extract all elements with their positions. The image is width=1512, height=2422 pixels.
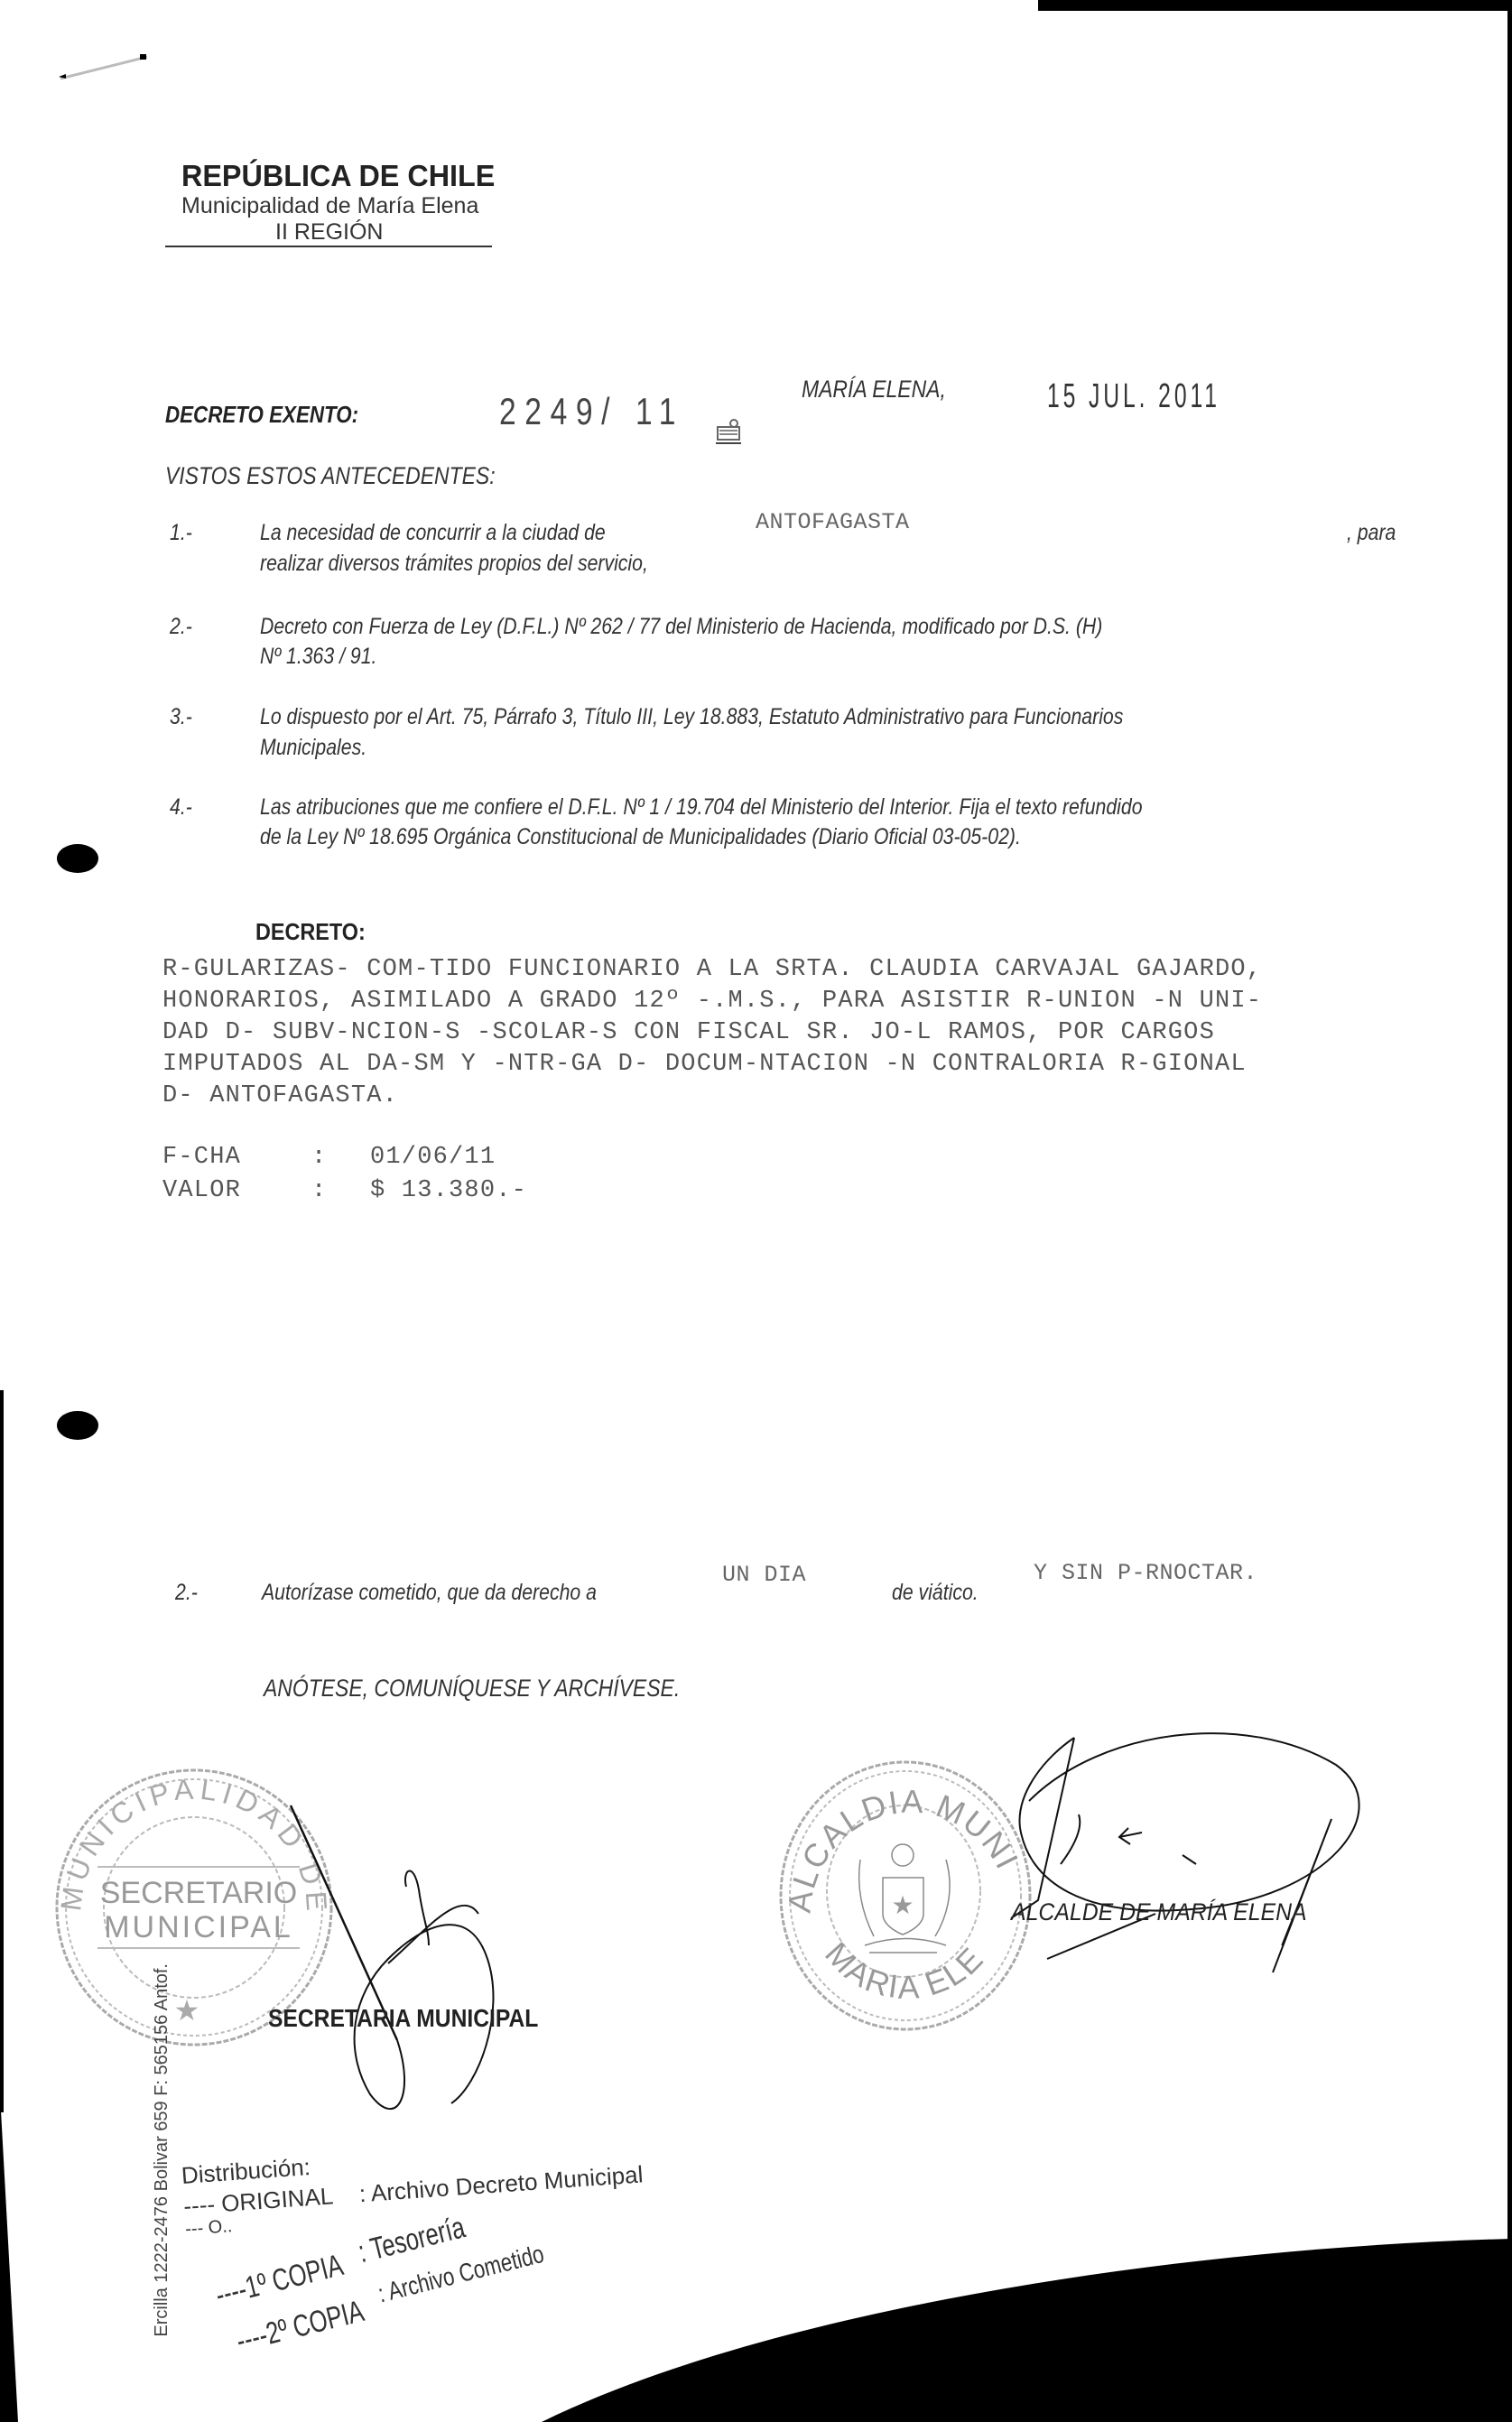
vistos-item-2-line2: Nº 1.363 / 91. — [260, 644, 376, 670]
authorization-number: 2.- — [175, 1580, 198, 1606]
vistos-item-1-line2: realizar diversos trámites propios del s… — [260, 551, 648, 577]
authorization-amount: UN DIA — [722, 1562, 806, 1588]
vistos-item-2-text: Decreto con Fuerza de Ley (D.F.L.) Nº 26… — [260, 614, 1102, 640]
authorization-text: Autorízase cometido, que da derecho a — [262, 1580, 597, 1606]
vistos-item-1-number: 1.- — [170, 520, 192, 546]
decreto-body-line: D- ANTOFAGASTA. — [162, 1081, 1262, 1112]
field-valor-label: VALOR — [162, 1175, 241, 1207]
decreto-body-line: IMPUTADOS AL DA-SM Y -NTR-GA D- DOCUM-NT… — [162, 1049, 1262, 1081]
decreto-body-line: R-GULARIZAS- COM-TIDO FUNCIONARIO A LA S… — [162, 954, 1262, 986]
vistos-item-4-number: 4.- — [170, 794, 192, 821]
star-icon: ★ — [174, 1994, 200, 2027]
header-region: II REGIÓN — [275, 219, 383, 246]
secretary-seal-line2: MUNICIPAL — [104, 1910, 293, 1944]
binder-hole-bottom — [57, 1411, 98, 1440]
vistos-title: VISTOS ESTOS ANTECEDENTES: — [165, 462, 496, 490]
vistos-item-1-suffix: , para — [1347, 520, 1396, 546]
svg-text:★: ★ — [891, 1891, 914, 1919]
decree-place: MARÍA ELENA, — [802, 376, 946, 404]
scan-border-left — [0, 1390, 4, 2112]
vistos-item-3-number: 3.- — [170, 704, 192, 730]
coat-of-arms-icon: ★ — [859, 1844, 950, 1953]
scan-border-bottom — [0, 2049, 1512, 2422]
secretary-seal-line1: SECRETARIO — [100, 1876, 298, 1910]
scan-border-top — [1038, 0, 1512, 11]
stamp-seal-icon — [716, 418, 743, 445]
field-fecha-label: F-CHA — [162, 1142, 241, 1174]
vistos-item-2-number: 2.- — [170, 614, 192, 640]
field-valor-value: $ 13.380.- — [370, 1175, 527, 1207]
authorization-note: Y SIN P-RNOCTAR. — [1034, 1560, 1257, 1586]
header-country: REPÚBLICA DE CHILE — [181, 159, 495, 193]
scanned-document-page: REPÚBLICA DE CHILE Municipalidad de Marí… — [0, 0, 1512, 2422]
mayor-signature-label: ALCALDE DE MARÍA ELENA — [1011, 1898, 1307, 1926]
header-municipality: Municipalidad de María Elena — [181, 193, 478, 219]
header-underline — [165, 246, 492, 247]
vistos-item-3-text: Lo dispuesto por el Art. 75, Párrafo 3, … — [260, 704, 1123, 730]
decree-date: 15 JUL. 2011 — [1047, 377, 1220, 416]
closing-statement: ANÓTESE, COMUNÍQUESE Y ARCHÍVESE. — [264, 1675, 680, 1703]
secretary-signature-label: SECRETARIA MUNICIPAL — [268, 2004, 538, 2033]
vistos-item-1-text: La necesidad de concurrir a la ciudad de — [260, 520, 606, 546]
authorization-suffix: de viático. — [892, 1580, 979, 1606]
decree-type-label: DECRETO EXENTO: — [165, 401, 358, 429]
field-valor-sep: : — [311, 1175, 327, 1207]
field-fecha-sep: : — [311, 1142, 327, 1174]
decreto-body: R-GULARIZAS- COM-TIDO FUNCIONARIO A LA S… — [162, 954, 1262, 1112]
decreto-title: DECRETO: — [255, 918, 366, 946]
scan-artifact-mark — [50, 50, 158, 86]
vistos-item-3-line2: Municipales. — [260, 735, 366, 761]
binder-hole-top — [57, 844, 98, 873]
vistos-item-4-text: Las atribuciones que me confiere el D.F.… — [260, 794, 1143, 821]
vistos-item-4-line2: de la Ley Nº 18.695 Orgánica Constitucio… — [260, 824, 1021, 850]
decree-number: 2249/ 11 — [499, 390, 684, 433]
decreto-body-line: DAD D- SUBV-NCION-S -SCOLAR-S CON FISCAL… — [162, 1017, 1262, 1049]
field-fecha-value: 01/06/11 — [370, 1142, 496, 1174]
vistos-item-1-city: ANTOFAGASTA — [756, 509, 910, 535]
decreto-body-line: HONORARIOS, ASIMILADO A GRADO 12º -.M.S.… — [162, 986, 1262, 1017]
